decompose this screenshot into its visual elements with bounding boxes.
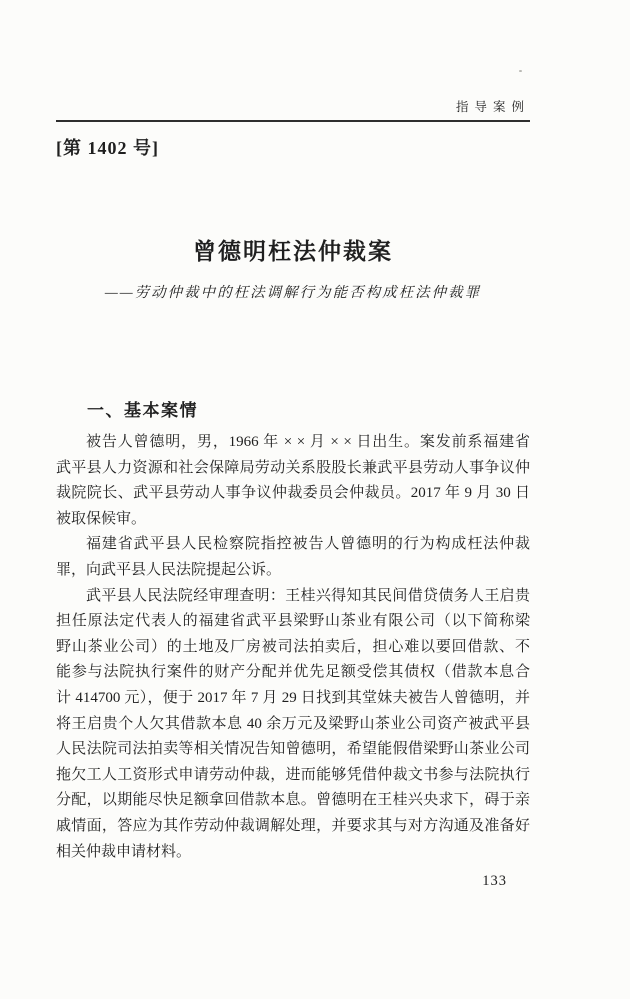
body-line: 相关仲裁申请材料。 <box>56 840 530 866</box>
body-paragraph: 被告人曾德明，男，1966 年 × × 月 × × 日出生。案发前系福建省武平县… <box>56 430 530 532</box>
body-line: 计 414700 元），便于 2017 年 7 月 29 日找到其堂妹夫被告人曾… <box>56 686 530 712</box>
running-header: 指导案例 <box>56 97 530 115</box>
body-line: 戚情面，答应为其作劳动仲裁调解处理，并要求其与对方沟通及准备好 <box>56 814 530 840</box>
body-line: 人民法院司法拍卖等相关情况告知曾德明，希望能假借梁野山茶业公司 <box>56 737 530 763</box>
section-heading: 一、基本案情 <box>56 396 530 421</box>
header-rule <box>56 120 530 122</box>
body-line: 被取保候审。 <box>56 507 530 533</box>
body-line: 武平县人力资源和社会保障局劳动关系股股长兼武平县劳动人事争议仲 <box>56 456 530 482</box>
body-line: 将王启贵个人欠其借款本息 40 余万元及梁野山茶业公司资产被武平县 <box>56 712 530 738</box>
body-line: 罪，向武平县人民法院提起公诉。 <box>56 558 530 584</box>
document-page: 指导案例 [第 1402 号] 曾德明枉法仲裁案 ——劳动仲裁中的枉法调解行为能… <box>0 0 630 999</box>
body-line: 裁院院长、武平县劳动人事争议仲裁委员会仲裁员。2017 年 9 月 30 日 <box>56 481 530 507</box>
body-line: 拖欠工人工资形式申请劳动仲裁，进而能够凭借仲裁文书参与法院执行 <box>56 763 530 789</box>
case-body: 被告人曾德明，男，1966 年 × × 月 × × 日出生。案发前系福建省武平县… <box>56 430 530 865</box>
case-title: 曾德明枉法仲裁案 <box>56 233 530 266</box>
body-line: 福建省武平县人民检察院指控被告人曾德明的行为构成枉法仲裁 <box>56 532 530 558</box>
running-header-label: 指导案例 <box>456 100 530 114</box>
body-line: 野山茶业公司）的土地及厂房被司法拍卖后，担心难以要回借款、不 <box>56 635 530 661</box>
body-line: 武平县人民法院经审理查明：王桂兴得知其民间借贷债务人王启贵 <box>56 584 530 610</box>
body-paragraph: 武平县人民法院经审理查明：王桂兴得知其民间借贷债务人王启贵担任原法定代表人的福建… <box>56 584 530 866</box>
body-line: 担任原法定代表人的福建省武平县梁野山茶业有限公司（以下简称梁 <box>56 609 530 635</box>
case-subtitle: ——劳动仲裁中的枉法调解行为能否构成枉法仲裁罪 <box>56 281 530 302</box>
body-line: 被告人曾德明，男，1966 年 × × 月 × × 日出生。案发前系福建省 <box>56 430 530 456</box>
case-number: [第 1402 号] <box>56 134 159 160</box>
scan-speck <box>519 70 522 72</box>
body-line: 能参与法院执行案件的财产分配并优先足额受偿其债权（借款本息合 <box>56 660 530 686</box>
body-line: 分配，以期能尽快足额拿回借款本息。曾德明在王桂兴央求下，碍于亲 <box>56 788 530 814</box>
page-number: 133 <box>56 873 530 890</box>
body-paragraph: 福建省武平县人民检察院指控被告人曾德明的行为构成枉法仲裁罪，向武平县人民法院提起… <box>56 532 530 583</box>
